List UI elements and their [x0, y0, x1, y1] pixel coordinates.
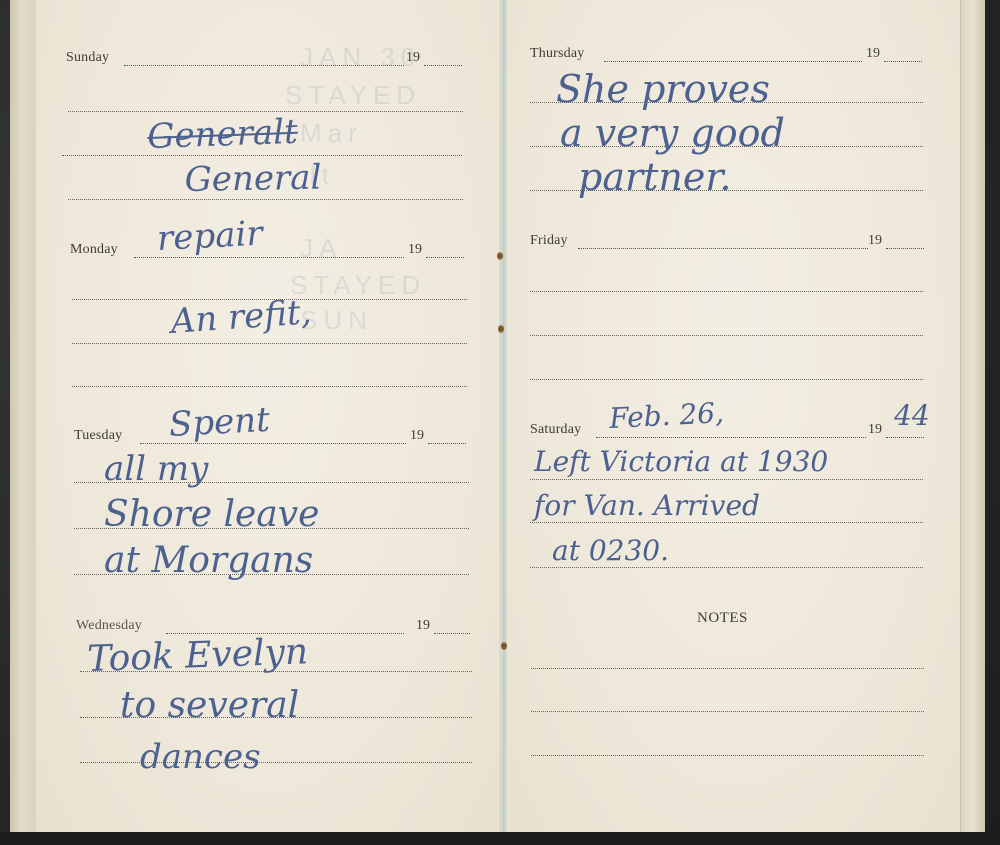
- year-prefix: 19: [410, 428, 424, 444]
- year-prefix: 19: [416, 618, 430, 634]
- staple-mark: [497, 252, 503, 260]
- staple-mark: [498, 325, 504, 333]
- year-dotted-line: [428, 443, 466, 444]
- handwritten-line: Generalt: [147, 115, 298, 154]
- book-spine-gutter: [499, 0, 507, 832]
- notes-heading: NOTES: [697, 610, 748, 627]
- handwritten-line: at Morgans: [104, 543, 313, 579]
- notes-ruled-line: [531, 755, 924, 756]
- page-stack-edge-right: [960, 0, 985, 832]
- day-header-monday: Monday 19: [70, 240, 470, 260]
- year-prefix: 19: [868, 233, 882, 249]
- handwritten-line: partner.: [578, 158, 731, 196]
- year-prefix: 19: [408, 242, 422, 258]
- handwritten-line: a very good: [560, 114, 785, 152]
- handwritten-line: dances: [140, 740, 261, 774]
- date-dotted-line: [578, 248, 868, 249]
- handwritten-date-entry: Feb. 26,: [609, 399, 725, 433]
- year-dotted-line: [886, 437, 924, 438]
- bleed-through-text: STAYED: [285, 80, 421, 111]
- handwritten-date-entry: repair: [156, 217, 263, 256]
- day-label: Sunday: [66, 50, 109, 66]
- notes-ruled-line: [531, 711, 924, 712]
- handwritten-line: She proves: [556, 70, 770, 108]
- book-bottom-edge: [0, 832, 1000, 845]
- handwritten-line: Took Evelyn: [87, 634, 309, 678]
- ruled-line: [530, 379, 923, 380]
- ruled-line: [530, 567, 923, 568]
- notes-ruled-line: [531, 668, 924, 669]
- handwritten-line: Left Victoria at 1930: [534, 448, 828, 476]
- handwritten-date-entry: Spent: [168, 403, 270, 442]
- ruled-line: [530, 335, 923, 336]
- day-header-tuesday: Tuesday 19: [74, 426, 474, 446]
- handwritten-line: An refit,: [170, 295, 313, 339]
- day-label: Friday: [530, 233, 568, 249]
- date-dotted-line: [604, 61, 862, 62]
- ruled-line: [530, 479, 923, 480]
- date-dotted-line: [596, 437, 866, 438]
- handwritten-line: for Van. Arrived: [534, 492, 760, 520]
- handwritten-year-entry: 44: [894, 402, 930, 430]
- year-prefix: 19: [866, 46, 880, 62]
- day-header-friday: Friday 19: [530, 231, 930, 251]
- year-dotted-line: [424, 65, 462, 66]
- ruled-line: [80, 762, 472, 763]
- ruled-line: [72, 386, 467, 387]
- date-dotted-line: [124, 65, 404, 66]
- ruled-line: [530, 291, 923, 292]
- handwritten-line: at 0230.: [552, 537, 669, 565]
- year-dotted-line: [426, 257, 464, 258]
- year-dotted-line: [434, 633, 470, 634]
- year-dotted-line: [886, 248, 924, 249]
- ruled-line: [530, 522, 923, 523]
- ruled-line: [72, 343, 467, 344]
- day-header-saturday: Saturday 19: [530, 420, 930, 440]
- year-prefix: 19: [868, 422, 882, 438]
- day-label: Saturday: [530, 422, 581, 438]
- day-label: Tuesday: [74, 428, 122, 444]
- handwritten-line: Shore leave: [104, 497, 319, 533]
- year-prefix: 19: [406, 50, 420, 66]
- handwritten-line: to several: [120, 688, 299, 724]
- ruled-line: [62, 155, 462, 156]
- day-header-sunday: Sunday 19: [66, 48, 466, 68]
- ruled-line: [68, 199, 463, 200]
- year-dotted-line: [884, 61, 922, 62]
- handwritten-line: General: [184, 161, 321, 197]
- day-header-thursday: Thursday 19: [530, 44, 930, 64]
- day-label: Monday: [70, 242, 118, 258]
- day-label: Thursday: [530, 46, 584, 62]
- handwritten-line: all my: [104, 452, 208, 486]
- day-label: Wednesday: [76, 618, 142, 634]
- bleed-through-text: Mar: [300, 118, 363, 149]
